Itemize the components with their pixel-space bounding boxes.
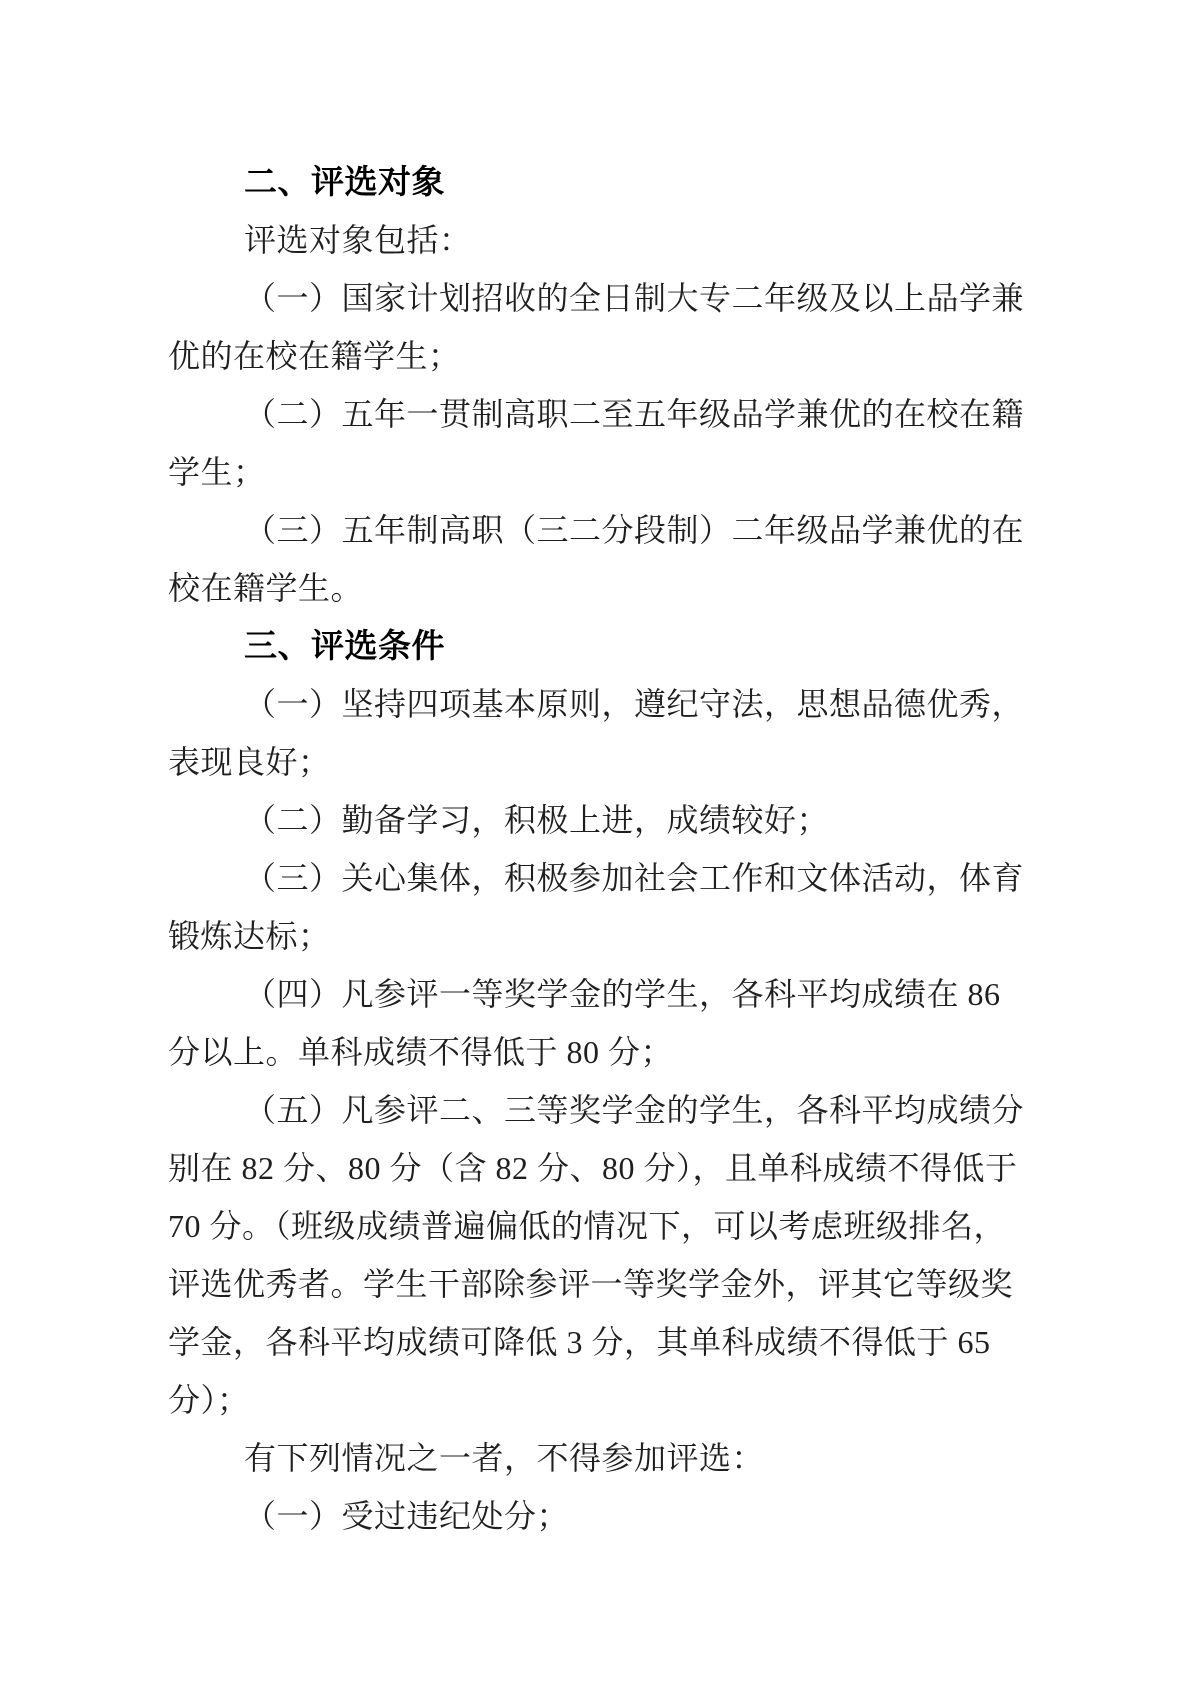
document-line: 学金，各科平均成绩可降低 3 分，其单科成绩不得低于 65: [168, 1313, 1048, 1371]
document-line: 表现良好；: [168, 733, 1048, 791]
document-line: 分以上。单科成绩不得低于 80 分；: [168, 1023, 1048, 1081]
document-line: 学生；: [168, 443, 1048, 501]
document-line: （三）五年制高职（三二分段制）二年级品学兼优的在: [168, 501, 1048, 559]
document-line: 70 分。（班级成绩普遍偏低的情况下，可以考虑班级排名，: [168, 1197, 1048, 1255]
document-line: 别在 82 分、80 分（含 82 分、80 分），且单科成绩不得低于: [168, 1139, 1048, 1197]
document-line: 锻炼达标；: [168, 907, 1048, 965]
document-line: （二）五年一贯制高职二至五年级品学兼优的在校在籍: [168, 385, 1048, 443]
document-line: （四）凡参评一等奖学金的学生，各科平均成绩在 86: [168, 965, 1048, 1023]
document-line: 校在籍学生。: [168, 559, 1048, 617]
document-line: （一）国家计划招收的全日制大专二年级及以上品学兼: [168, 269, 1048, 327]
document-line: （一）受过违纪处分；: [168, 1487, 1048, 1545]
section-heading: 三、评选条件: [168, 617, 1048, 675]
document-line: （一）坚持四项基本原则，遵纪守法，思想品德优秀，: [168, 675, 1048, 733]
document-line: 评选优秀者。学生干部除参评一等奖学金外，评其它等级奖: [168, 1255, 1048, 1313]
document-line: 评选对象包括：: [168, 211, 1048, 269]
document-line: 有下列情况之一者，不得参加评选：: [168, 1429, 1048, 1487]
document-line: 优的在校在籍学生；: [168, 327, 1048, 385]
document-page: 二、评选对象评选对象包括：（一）国家计划招收的全日制大专二年级及以上品学兼优的在…: [0, 0, 1191, 1684]
document-line: （二）勤备学习，积极上进，成绩较好；: [168, 791, 1048, 849]
document-content: 二、评选对象评选对象包括：（一）国家计划招收的全日制大专二年级及以上品学兼优的在…: [168, 153, 1048, 1545]
document-line: （三）关心集体，积极参加社会工作和文体活动，体育: [168, 849, 1048, 907]
document-line: 分）；: [168, 1371, 1048, 1429]
section-heading: 二、评选对象: [168, 153, 1048, 211]
document-line: （五）凡参评二、三等奖学金的学生，各科平均成绩分: [168, 1081, 1048, 1139]
